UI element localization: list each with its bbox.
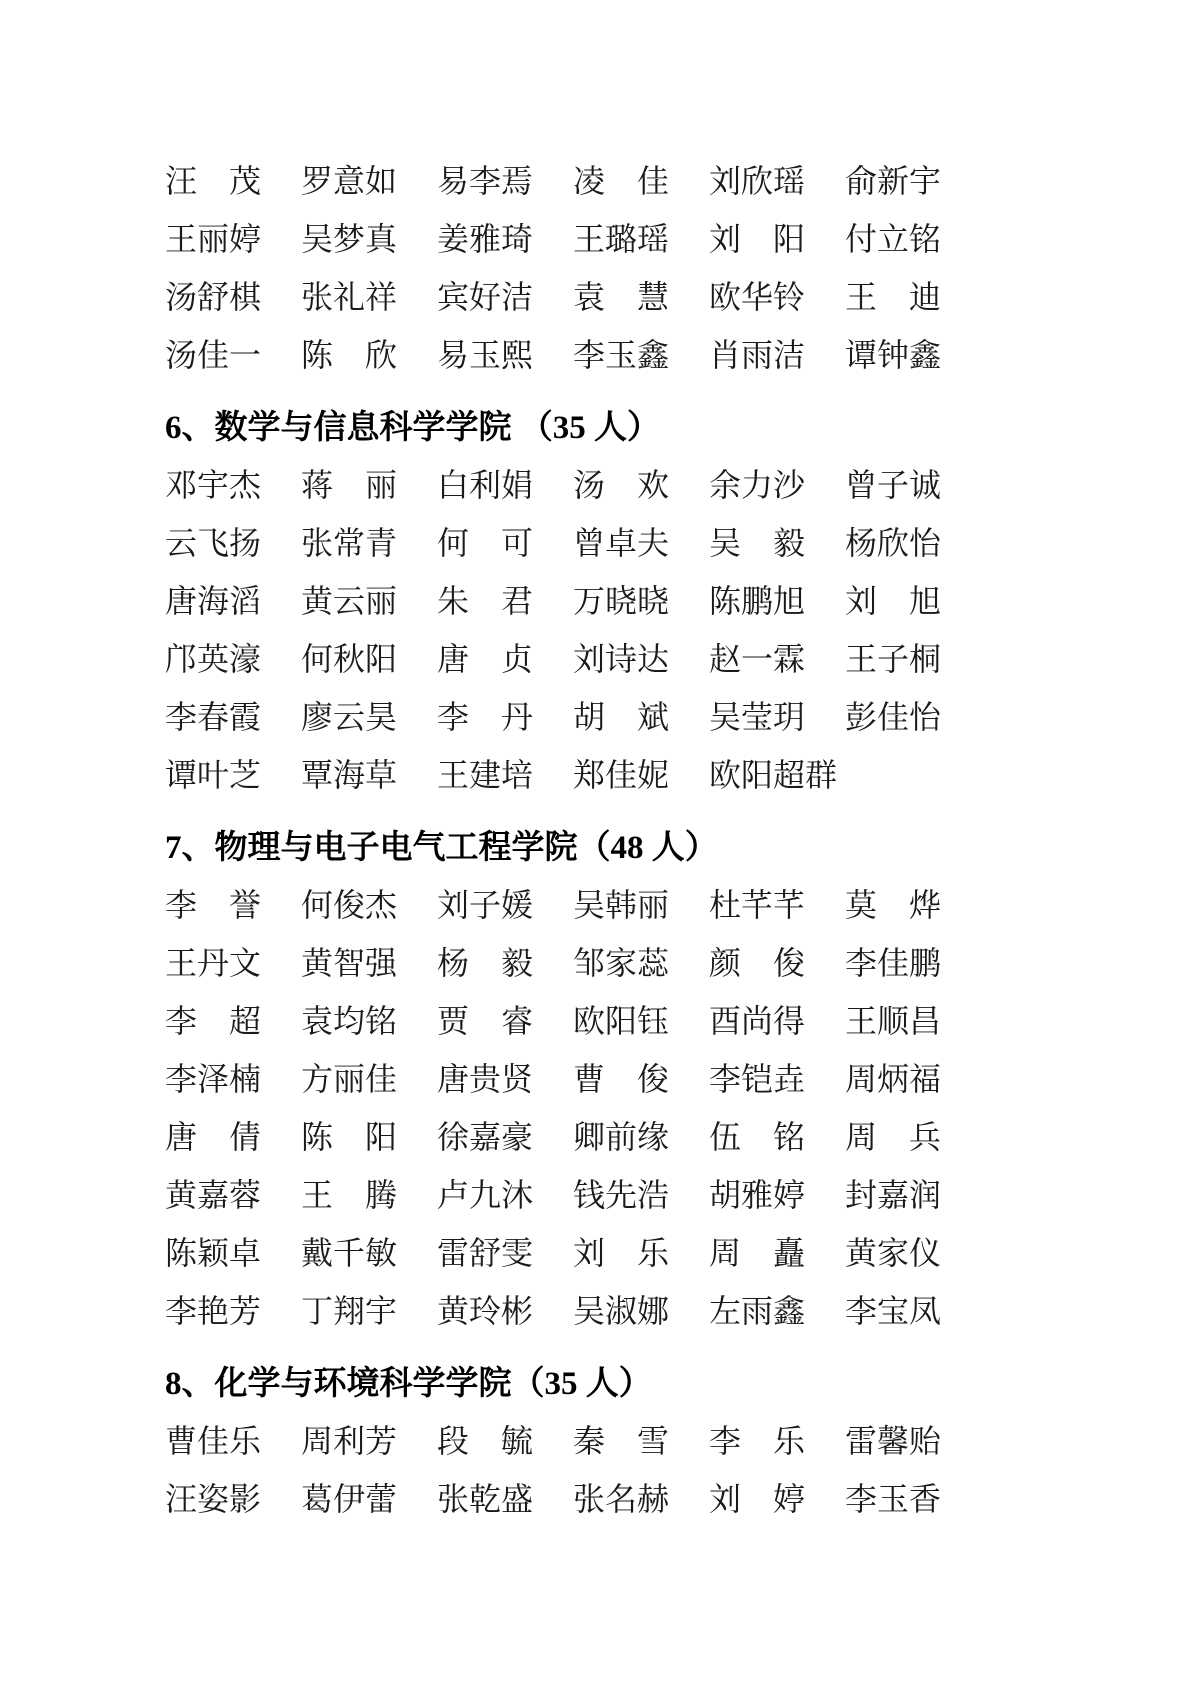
name-cell: 陈 欣 xyxy=(301,330,437,376)
name-cell: 何秋阳 xyxy=(301,634,437,680)
name-cell: 唐贵贤 xyxy=(437,1054,573,1100)
document-page: 汪 茂罗意如易李焉凌 佳刘欣瑶俞新宇王丽婷吴梦真姜雅琦王璐瑶刘 阳付立铭汤舒棋张… xyxy=(0,0,1191,1684)
name-cell: 李宝凤 xyxy=(845,1286,981,1332)
person-name: 邝英濠 xyxy=(165,634,261,680)
person-name: 凌 佳 xyxy=(573,156,669,202)
person-name: 张乾盛 xyxy=(437,1474,533,1520)
person-name: 雷舒雯 xyxy=(437,1228,533,1274)
person-name: 周炳福 xyxy=(845,1054,941,1100)
name-cell: 周 矗 xyxy=(709,1228,845,1274)
person-name: 李泽楠 xyxy=(165,1054,261,1100)
name-cell: 谭叶芝 xyxy=(165,750,301,796)
name-cell: 王顺昌 xyxy=(845,996,981,1042)
name-cell: 李 超 xyxy=(165,996,301,1042)
person-name: 伍 铭 xyxy=(709,1112,805,1158)
name-cell: 王子桐 xyxy=(845,634,981,680)
person-name: 覃海草 xyxy=(301,750,397,796)
name-cell: 欧阳钰 xyxy=(573,996,709,1042)
name-row: 汪姿影葛伊蕾张乾盛张名赫刘 婷李玉香 xyxy=(165,1468,1151,1526)
name-cell: 刘欣瑶 xyxy=(709,156,845,202)
person-name: 吴梦真 xyxy=(301,214,397,260)
person-name: 姜雅琦 xyxy=(437,214,533,260)
person-name: 杨 毅 xyxy=(437,938,533,984)
person-name: 刘诗达 xyxy=(573,634,669,680)
section-heading: 8、化学与环境科学学院（35 人） xyxy=(165,1338,1151,1410)
name-cell: 伍 铭 xyxy=(709,1112,845,1158)
person-name: 李 誉 xyxy=(165,880,261,926)
name-cell: 卢九沐 xyxy=(437,1170,573,1216)
person-name: 王子桐 xyxy=(845,634,941,680)
person-name: 颜 俊 xyxy=(709,938,805,984)
name-cell: 刘 阳 xyxy=(709,214,845,260)
name-cell: 何 可 xyxy=(437,518,573,564)
person-name: 李 丹 xyxy=(437,692,533,738)
person-name: 欧阳钰 xyxy=(573,996,669,1042)
name-cell: 王建培 xyxy=(437,750,573,796)
name-cell: 刘 旭 xyxy=(845,576,981,622)
person-name: 李艳芳 xyxy=(165,1286,261,1332)
name-cell: 李 誉 xyxy=(165,880,301,926)
name-cell: 彭佳怡 xyxy=(845,692,981,738)
name-row: 李泽楠方丽佳唐贵贤曹 俊李铠垚周炳福 xyxy=(165,1048,1151,1106)
person-name: 王丽婷 xyxy=(165,214,261,260)
person-name: 李春霞 xyxy=(165,692,261,738)
person-name: 何秋阳 xyxy=(301,634,397,680)
person-name: 白利娟 xyxy=(437,460,533,506)
person-name: 易玉熙 xyxy=(437,330,533,376)
person-name: 曾卓夫 xyxy=(573,518,669,564)
person-name: 汤佳一 xyxy=(165,330,261,376)
person-name: 宾好洁 xyxy=(437,272,533,318)
person-name: 王丹文 xyxy=(165,938,261,984)
person-name: 胡雅婷 xyxy=(709,1170,805,1216)
name-row: 李春霞廖云昊李 丹胡 斌吴莹玥彭佳怡 xyxy=(165,686,1151,744)
name-row: 汪 茂罗意如易李焉凌 佳刘欣瑶俞新宇 xyxy=(165,150,1151,208)
person-name: 万晓晓 xyxy=(573,576,669,622)
name-cell: 赵一霖 xyxy=(709,634,845,680)
name-cell: 胡雅婷 xyxy=(709,1170,845,1216)
name-cell: 王 迪 xyxy=(845,272,981,318)
person-name: 周 兵 xyxy=(845,1112,941,1158)
name-cell: 欧阳超群 xyxy=(709,750,845,796)
name-row: 汤佳一陈 欣易玉熙李玉鑫肖雨洁谭钟鑫 xyxy=(165,324,1151,382)
name-cell: 陈鹏旭 xyxy=(709,576,845,622)
person-name: 徐嘉豪 xyxy=(437,1112,533,1158)
person-name: 曹 俊 xyxy=(573,1054,669,1100)
person-name: 袁 慧 xyxy=(573,272,669,318)
name-cell: 颜 俊 xyxy=(709,938,845,984)
name-cell: 云飞扬 xyxy=(165,518,301,564)
name-row: 邝英濠何秋阳唐 贞刘诗达赵一霖王子桐 xyxy=(165,628,1151,686)
name-cell: 宾好洁 xyxy=(437,272,573,318)
person-name: 戴千敏 xyxy=(301,1228,397,1274)
person-name: 陈鹏旭 xyxy=(709,576,805,622)
person-name: 贾 睿 xyxy=(437,996,533,1042)
name-cell: 封嘉润 xyxy=(845,1170,981,1216)
name-row: 王丹文黄智强杨 毅邹家蕊颜 俊李佳鹏 xyxy=(165,932,1151,990)
name-row: 汤舒棋张礼祥宾好洁袁 慧欧华铃王 迪 xyxy=(165,266,1151,324)
name-row: 唐海滔黄云丽朱 君万晓晓陈鹏旭刘 旭 xyxy=(165,570,1151,628)
name-cell: 朱 君 xyxy=(437,576,573,622)
person-name: 曹佳乐 xyxy=(165,1416,261,1462)
name-cell: 张常青 xyxy=(301,518,437,564)
name-cell: 易玉熙 xyxy=(437,330,573,376)
person-name: 雷馨贻 xyxy=(845,1416,941,1462)
name-row: 邓宇杰蒋 丽白利娟汤 欢余力沙曾子诚 xyxy=(165,454,1151,512)
name-cell: 张名赫 xyxy=(573,1474,709,1520)
person-name: 王 迪 xyxy=(845,272,941,318)
person-name: 吴莹玥 xyxy=(709,692,805,738)
name-cell: 邓宇杰 xyxy=(165,460,301,506)
name-cell: 李玉鑫 xyxy=(573,330,709,376)
name-cell: 雷馨贻 xyxy=(845,1416,981,1462)
person-name: 付立铭 xyxy=(845,214,941,260)
name-row: 唐 倩陈 阳徐嘉豪卿前缘伍 铭周 兵 xyxy=(165,1106,1151,1164)
person-name: 赵一霖 xyxy=(709,634,805,680)
name-cell: 陈 阳 xyxy=(301,1112,437,1158)
name-cell: 邝英濠 xyxy=(165,634,301,680)
person-name: 何俊杰 xyxy=(301,880,397,926)
person-name: 王建培 xyxy=(437,750,533,796)
name-cell: 曹佳乐 xyxy=(165,1416,301,1462)
person-name: 张名赫 xyxy=(573,1474,669,1520)
person-name: 朱 君 xyxy=(437,576,533,622)
person-name: 张常青 xyxy=(301,518,397,564)
person-name: 李佳鹏 xyxy=(845,938,941,984)
name-cell: 覃海草 xyxy=(301,750,437,796)
person-name: 酉尚得 xyxy=(709,996,805,1042)
person-name: 彭佳怡 xyxy=(845,692,941,738)
name-cell: 黄智强 xyxy=(301,938,437,984)
name-cell: 左雨鑫 xyxy=(709,1286,845,1332)
person-name: 曾子诚 xyxy=(845,460,941,506)
name-cell: 刘 婷 xyxy=(709,1474,845,1520)
name-cell: 汪 茂 xyxy=(165,156,301,202)
person-name: 李宝凤 xyxy=(845,1286,941,1332)
person-name: 陈颖卓 xyxy=(165,1228,261,1274)
section-heading: 6、数学与信息科学学院 （35 人） xyxy=(165,382,1151,454)
name-cell: 杨 毅 xyxy=(437,938,573,984)
person-name: 云飞扬 xyxy=(165,518,261,564)
person-name: 吴淑娜 xyxy=(573,1286,669,1332)
person-name: 李 超 xyxy=(165,996,261,1042)
name-cell: 黄云丽 xyxy=(301,576,437,622)
name-cell: 酉尚得 xyxy=(709,996,845,1042)
name-cell: 王丽婷 xyxy=(165,214,301,260)
name-row: 陈颖卓戴千敏雷舒雯刘 乐周 矗黄家仪 xyxy=(165,1222,1151,1280)
person-name: 汤舒棋 xyxy=(165,272,261,318)
name-row: 王丽婷吴梦真姜雅琦王璐瑶刘 阳付立铭 xyxy=(165,208,1151,266)
person-name: 黄玲彬 xyxy=(437,1286,533,1332)
name-cell: 汪姿影 xyxy=(165,1474,301,1520)
name-cell: 李 乐 xyxy=(709,1416,845,1462)
name-cell: 葛伊蕾 xyxy=(301,1474,437,1520)
person-name: 汪 茂 xyxy=(165,156,261,202)
name-cell: 李艳芳 xyxy=(165,1286,301,1332)
name-cell: 余力沙 xyxy=(709,460,845,506)
name-cell: 段 毓 xyxy=(437,1416,573,1462)
name-cell: 凌 佳 xyxy=(573,156,709,202)
name-cell: 廖云昊 xyxy=(301,692,437,738)
name-cell: 姜雅琦 xyxy=(437,214,573,260)
name-cell: 唐 贞 xyxy=(437,634,573,680)
name-cell: 何俊杰 xyxy=(301,880,437,926)
name-cell: 张礼祥 xyxy=(301,272,437,318)
name-cell: 刘 乐 xyxy=(573,1228,709,1274)
name-cell: 汤 欢 xyxy=(573,460,709,506)
person-name: 郑佳妮 xyxy=(573,750,669,796)
person-name: 杨欣怡 xyxy=(845,518,941,564)
name-cell: 丁翔宇 xyxy=(301,1286,437,1332)
name-row: 黄嘉蓉王 腾卢九沐钱先浩胡雅婷封嘉润 xyxy=(165,1164,1151,1222)
name-cell: 吴淑娜 xyxy=(573,1286,709,1332)
name-row: 谭叶芝覃海草王建培郑佳妮欧阳超群 xyxy=(165,744,1151,802)
name-cell: 杜芊芊 xyxy=(709,880,845,926)
name-row: 李 超袁均铭贾 睿欧阳钰酉尚得王顺昌 xyxy=(165,990,1151,1048)
person-name: 何 可 xyxy=(437,518,533,564)
person-name: 刘欣瑶 xyxy=(709,156,805,202)
name-cell: 周利芳 xyxy=(301,1416,437,1462)
person-name: 葛伊蕾 xyxy=(301,1474,397,1520)
person-name: 方丽佳 xyxy=(301,1054,397,1100)
person-name: 邹家蕊 xyxy=(573,938,669,984)
person-name: 俞新宇 xyxy=(845,156,941,202)
person-name: 刘 阳 xyxy=(709,214,805,260)
name-cell: 刘子媛 xyxy=(437,880,573,926)
name-cell: 王丹文 xyxy=(165,938,301,984)
name-row: 曹佳乐周利芳段 毓秦 雪李 乐雷馨贻 xyxy=(165,1410,1151,1468)
person-name: 蒋 丽 xyxy=(301,460,397,506)
person-name: 吴 毅 xyxy=(709,518,805,564)
person-name: 黄云丽 xyxy=(301,576,397,622)
person-name: 黄智强 xyxy=(301,938,397,984)
person-name: 周利芳 xyxy=(301,1416,397,1462)
person-name: 钱先浩 xyxy=(573,1170,669,1216)
name-cell: 曾子诚 xyxy=(845,460,981,506)
name-cell: 钱先浩 xyxy=(573,1170,709,1216)
name-cell: 邹家蕊 xyxy=(573,938,709,984)
person-name: 秦 雪 xyxy=(573,1416,669,1462)
name-cell: 李佳鹏 xyxy=(845,938,981,984)
name-cell: 戴千敏 xyxy=(301,1228,437,1274)
name-cell: 曾卓夫 xyxy=(573,518,709,564)
name-cell: 方丽佳 xyxy=(301,1054,437,1100)
person-name: 欧阳超群 xyxy=(709,750,837,796)
person-name: 欧华铃 xyxy=(709,272,805,318)
name-cell: 周炳福 xyxy=(845,1054,981,1100)
person-name: 陈 欣 xyxy=(301,330,397,376)
name-row: 云飞扬张常青何 可曾卓夫吴 毅杨欣怡 xyxy=(165,512,1151,570)
person-name: 余力沙 xyxy=(709,460,805,506)
person-name: 莫 烨 xyxy=(845,880,941,926)
name-cell: 唐海滔 xyxy=(165,576,301,622)
name-cell: 肖雨洁 xyxy=(709,330,845,376)
name-cell: 汤舒棋 xyxy=(165,272,301,318)
name-cell: 黄家仪 xyxy=(845,1228,981,1274)
name-cell: 罗意如 xyxy=(301,156,437,202)
person-name: 黄家仪 xyxy=(845,1228,941,1274)
name-row: 李 誉何俊杰刘子媛吴韩丽杜芊芊莫 烨 xyxy=(165,874,1151,932)
name-cell: 袁均铭 xyxy=(301,996,437,1042)
person-name: 陈 阳 xyxy=(301,1112,397,1158)
person-name: 左雨鑫 xyxy=(709,1286,805,1332)
name-cell: 袁 慧 xyxy=(573,272,709,318)
person-name: 袁均铭 xyxy=(301,996,397,1042)
name-cell: 郑佳妮 xyxy=(573,750,709,796)
person-name: 李玉鑫 xyxy=(573,330,669,376)
person-name: 周 矗 xyxy=(709,1228,805,1274)
person-name: 易李焉 xyxy=(437,156,533,202)
name-cell: 曹 俊 xyxy=(573,1054,709,1100)
person-name: 丁翔宇 xyxy=(301,1286,397,1332)
name-cell: 李铠垚 xyxy=(709,1054,845,1100)
name-cell: 秦 雪 xyxy=(573,1416,709,1462)
name-cell: 吴莹玥 xyxy=(709,692,845,738)
name-cell: 王璐瑶 xyxy=(573,214,709,260)
person-name: 罗意如 xyxy=(301,156,397,202)
person-name: 胡 斌 xyxy=(573,692,669,738)
name-cell: 黄嘉蓉 xyxy=(165,1170,301,1216)
person-name: 杜芊芊 xyxy=(709,880,805,926)
name-cell: 蒋 丽 xyxy=(301,460,437,506)
name-cell: 万晓晓 xyxy=(573,576,709,622)
name-cell: 唐 倩 xyxy=(165,1112,301,1158)
name-cell: 徐嘉豪 xyxy=(437,1112,573,1158)
person-name: 汤 欢 xyxy=(573,460,669,506)
person-name: 王 腾 xyxy=(301,1170,397,1216)
person-name: 卿前缘 xyxy=(573,1112,669,1158)
name-cell: 易李焉 xyxy=(437,156,573,202)
person-name: 唐贵贤 xyxy=(437,1054,533,1100)
name-cell: 黄玲彬 xyxy=(437,1286,573,1332)
name-cell: 欧华铃 xyxy=(709,272,845,318)
section-heading: 7、物理与电子电气工程学院（48 人） xyxy=(165,802,1151,874)
person-name: 封嘉润 xyxy=(845,1170,941,1216)
name-cell: 王 腾 xyxy=(301,1170,437,1216)
person-name: 李铠垚 xyxy=(709,1054,805,1100)
person-name: 刘 旭 xyxy=(845,576,941,622)
name-cell: 李玉香 xyxy=(845,1474,981,1520)
name-cell: 李泽楠 xyxy=(165,1054,301,1100)
person-name: 卢九沐 xyxy=(437,1170,533,1216)
person-name: 汪姿影 xyxy=(165,1474,261,1520)
person-name: 吴韩丽 xyxy=(573,880,669,926)
person-name: 唐海滔 xyxy=(165,576,261,622)
name-cell: 谭钟鑫 xyxy=(845,330,981,376)
person-name: 王顺昌 xyxy=(845,996,941,1042)
name-cell: 贾 睿 xyxy=(437,996,573,1042)
name-cell: 莫 烨 xyxy=(845,880,981,926)
name-cell: 付立铭 xyxy=(845,214,981,260)
person-name: 王璐瑶 xyxy=(573,214,669,260)
name-cell: 吴梦真 xyxy=(301,214,437,260)
name-cell: 刘诗达 xyxy=(573,634,709,680)
person-name: 肖雨洁 xyxy=(709,330,805,376)
person-name: 邓宇杰 xyxy=(165,460,261,506)
name-row: 李艳芳丁翔宇黄玲彬吴淑娜左雨鑫李宝凤 xyxy=(165,1280,1151,1338)
person-name: 谭钟鑫 xyxy=(845,330,941,376)
person-name: 唐 贞 xyxy=(437,634,533,680)
person-name: 刘 婷 xyxy=(709,1474,805,1520)
person-name: 刘 乐 xyxy=(573,1228,669,1274)
person-name: 刘子媛 xyxy=(437,880,533,926)
name-cell: 吴 毅 xyxy=(709,518,845,564)
person-name: 唐 倩 xyxy=(165,1112,261,1158)
name-cell: 周 兵 xyxy=(845,1112,981,1158)
person-name: 张礼祥 xyxy=(301,272,397,318)
name-cell: 汤佳一 xyxy=(165,330,301,376)
name-cell: 吴韩丽 xyxy=(573,880,709,926)
person-name: 廖云昊 xyxy=(301,692,397,738)
name-cell: 张乾盛 xyxy=(437,1474,573,1520)
name-cell: 白利娟 xyxy=(437,460,573,506)
name-cell: 李 丹 xyxy=(437,692,573,738)
person-name: 李玉香 xyxy=(845,1474,941,1520)
name-cell: 胡 斌 xyxy=(573,692,709,738)
name-cell: 李春霞 xyxy=(165,692,301,738)
person-name: 黄嘉蓉 xyxy=(165,1170,261,1216)
person-name: 谭叶芝 xyxy=(165,750,261,796)
person-name: 李 乐 xyxy=(709,1416,805,1462)
person-name: 段 毓 xyxy=(437,1416,533,1462)
name-cell: 俞新宇 xyxy=(845,156,981,202)
name-cell: 雷舒雯 xyxy=(437,1228,573,1274)
name-cell: 卿前缘 xyxy=(573,1112,709,1158)
name-cell: 杨欣怡 xyxy=(845,518,981,564)
name-cell: 陈颖卓 xyxy=(165,1228,301,1274)
